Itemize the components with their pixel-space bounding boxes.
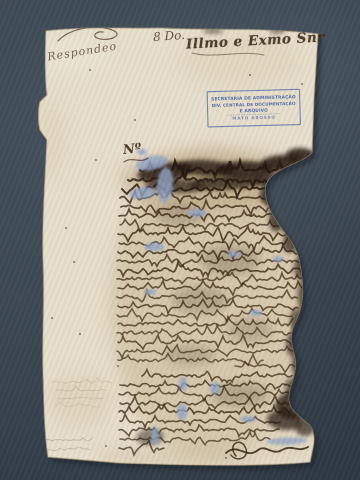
archive-stamp-box: SECRETARIA DE ADMINISTRAÇÃO DIV. CENTRAL… [207,89,301,128]
speck [89,69,91,71]
repair-patch [227,251,241,257]
ink-smudge [212,383,268,407]
archive-stamp: SECRETARIA DE ADMINISTRAÇÃO DIV. CENTRAL… [207,89,300,127]
speck [65,227,67,229]
repair-patch [144,243,164,251]
speck [225,457,227,459]
repair-patch [144,289,156,295]
photograph-of-manuscript: Respondeo 8 Do. Illmo e Exmo Snr Nº SECR… [0,0,360,480]
speck [105,445,107,447]
repair-patch [273,256,283,262]
ink-smudge [172,286,228,314]
stamp-line-4: MATO GROSSO [232,115,275,122]
speck [117,365,119,367]
repair-patch [250,310,262,316]
repair-patch [188,209,206,217]
ink-smudge [200,245,260,275]
speck [79,333,81,335]
doc-number-note: 8 Do. [153,28,186,44]
repair-patch [177,404,187,420]
manuscript-render [0,0,360,480]
speck [95,159,97,161]
repair-patch [210,382,220,394]
repair-patch [151,427,159,445]
repair-patch [179,377,187,391]
speck [51,317,53,319]
repair-patch [240,416,256,422]
speck [301,83,303,85]
stain [35,100,65,180]
speck [249,74,251,76]
ink-smudge [228,318,272,342]
speck [73,261,75,263]
numero-mark: Nº [122,141,142,158]
ink-smudge [165,345,215,365]
speck [134,119,136,121]
